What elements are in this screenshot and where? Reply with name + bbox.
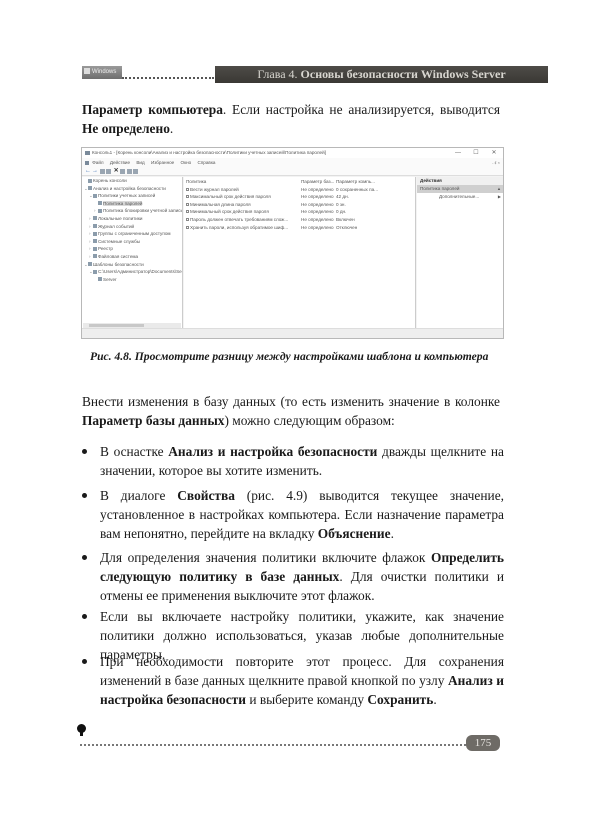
text: . xyxy=(433,692,436,707)
maximize-button[interactable]: ☐ xyxy=(469,148,483,158)
policy-name-text: Вести журнал паролей xyxy=(190,187,239,192)
tree-node[interactable]: ›Файловая система xyxy=(82,253,182,261)
tree-node-label: Журнал событий xyxy=(98,224,134,229)
tree-node[interactable]: ›Локальные политики xyxy=(82,215,182,223)
console-tree-pane: Корень консоли⌄Анализ и настройка безопа… xyxy=(82,177,183,329)
policy-list-pane: Политика Параметр баз... Параметр компь.… xyxy=(184,177,416,329)
text: При необходимости повторите этот процесс… xyxy=(100,654,504,688)
figure-caption: Рис. 4.8. Просмотрите разницу между наст… xyxy=(90,350,520,363)
page-number: 175 xyxy=(466,735,500,751)
chapter-prefix: Глава 4. xyxy=(257,67,297,81)
menu-help[interactable]: Справка xyxy=(197,160,215,165)
folder-icon xyxy=(93,194,97,198)
window-titlebar: Консоль1 - [Корень консоли\Анализ и наст… xyxy=(82,148,503,158)
policy-name: Пароль должен отвечать требованиям слож.… xyxy=(186,216,298,224)
term-database-parameter: Параметр базы данных xyxy=(82,413,224,428)
tree-node-label: Файловая система xyxy=(98,254,138,259)
bullet-item: Для определения значения политики включи… xyxy=(82,548,504,605)
bullet-item: В оснастке Анализ и настройка безопаснос… xyxy=(82,442,504,480)
computer-setting: 42 дн. xyxy=(336,193,378,201)
bullet-dot xyxy=(82,659,87,664)
folder-icon xyxy=(98,201,102,205)
console-app-icon xyxy=(85,151,90,155)
back-icon[interactable]: ← xyxy=(85,169,91,174)
text: Внести изменения в базу данных (то есть … xyxy=(82,394,500,409)
policy-name: Вести журнал паролей xyxy=(186,186,298,194)
database-setting: Не определено xyxy=(301,201,334,209)
tree-node-label: Server xyxy=(103,277,117,282)
footer-dotted-rule xyxy=(80,744,466,746)
policy-row[interactable]: Максимальный срок действия пароляНе опре… xyxy=(184,193,415,201)
policy-icon xyxy=(186,226,189,229)
computer-setting: Включен xyxy=(336,216,378,224)
column-database-setting[interactable]: Параметр баз... xyxy=(301,178,334,186)
database-setting: Не определено xyxy=(301,224,334,232)
database-setting: Не определено xyxy=(301,186,334,194)
policy-name-text: Хранить пароли, используя обратимое шиф.… xyxy=(190,225,288,230)
tree-node[interactable]: ›Группы с ограниченным доступом xyxy=(82,230,182,238)
tree-node-label: Политики учетных записей xyxy=(98,193,155,198)
tree-node-label: Политика блокировки учетной записи xyxy=(103,208,182,213)
tree-node[interactable]: Политика паролей xyxy=(82,200,182,208)
menu-bar: Файл Действие Вид Избранное Окно Справка xyxy=(82,158,503,167)
bullet-dot xyxy=(82,493,87,498)
tree-node-label: Корень консоли xyxy=(93,178,127,183)
column-computer-setting[interactable]: Параметр компь... xyxy=(336,178,378,186)
term-computer-parameter: Параметр компьютера xyxy=(82,102,223,117)
folder-icon xyxy=(98,209,102,213)
computer-setting: 0 зн. xyxy=(336,201,378,209)
folder-icon xyxy=(93,232,97,236)
bullet-text: При необходимости повторите этот процесс… xyxy=(100,652,504,709)
tree-node[interactable]: Корень консоли xyxy=(82,177,182,185)
term-not-defined: Не определено xyxy=(82,121,170,136)
up-icon[interactable] xyxy=(100,169,105,174)
actions-more-label: Дополнительные... xyxy=(439,194,479,199)
tree-node[interactable]: ⌄Анализ и настройка безопасности xyxy=(82,185,182,193)
bullet-item: В диалоге Свойства (рис. 4.9) выводится … xyxy=(82,486,504,543)
tree-node-label: Системные службы xyxy=(98,239,140,244)
policy-icon xyxy=(186,203,189,206)
text: . Если настройка не анализируется, вывод… xyxy=(223,102,500,117)
policy-name: Хранить пароли, используя обратимое шиф.… xyxy=(186,224,298,232)
tree-node-label: Группы с ограниченным доступом xyxy=(98,231,171,236)
bullet-dot xyxy=(82,555,87,560)
collapse-icon[interactable]: ▲ xyxy=(497,185,501,193)
computer-setting: 0 дн. xyxy=(336,208,378,216)
properties-icon[interactable] xyxy=(133,169,138,174)
actions-pane: Действия Политика паролей ▲ Дополнительн… xyxy=(417,177,504,329)
menu-action[interactable]: Действие xyxy=(110,160,130,165)
text: В диалоге xyxy=(100,488,177,503)
delete-icon[interactable]: ✕ xyxy=(114,169,119,174)
bullet-item: При необходимости повторите этот процесс… xyxy=(82,652,504,709)
bold-term: Сохранить xyxy=(367,692,433,707)
database-setting: Не определено xyxy=(301,216,334,224)
header-dotted-rule xyxy=(122,77,214,79)
bullet-text: В диалоге Свойства (рис. 4.9) выводится … xyxy=(100,486,504,543)
windows-logo-icon xyxy=(84,68,90,74)
folder-icon xyxy=(98,277,102,281)
tree-node[interactable]: ›Журнал событий xyxy=(82,223,182,231)
tree-node[interactable]: ›Политика блокировки учетной записи xyxy=(82,207,182,215)
folder-icon xyxy=(93,224,97,228)
policy-name: Минимальная длина пароля xyxy=(186,201,298,209)
policy-row[interactable]: Вести журнал паролейНе определено0 сохра… xyxy=(184,186,415,194)
actions-group-password-policy[interactable]: Политика паролей ▲ xyxy=(417,185,504,193)
tree-node-label: Шаблоны безопасности xyxy=(93,262,144,267)
windows-logo-badge: Windows xyxy=(82,66,122,79)
mdi-window-controls[interactable]: - ♯ × xyxy=(492,158,500,167)
bold-term: Свойства xyxy=(177,488,235,503)
tree-node[interactable]: ›Реестр xyxy=(82,245,182,253)
instructions-intro: Внести изменения в базу данных (то есть … xyxy=(82,392,500,430)
tree-node[interactable]: ⌄C:\Users\Администратор\Documents\Securi… xyxy=(82,268,182,276)
policy-name: Минимальный срок действия пароля xyxy=(186,208,298,216)
tree-node-label: Локальные политики xyxy=(98,216,142,221)
text: и выберите команду xyxy=(246,692,367,707)
bold-term: Анализ и настройка безопасности xyxy=(168,444,377,459)
policy-name-text: Максимальный срок действия пароля xyxy=(190,194,271,199)
menu-view[interactable]: Вид xyxy=(136,160,144,165)
policy-row[interactable]: Минимальная длина пароляНе определено0 з… xyxy=(184,201,415,209)
mmc-console-window: Консоль1 - [Корень консоли\Анализ и наст… xyxy=(81,147,504,339)
folder-icon xyxy=(88,262,92,266)
policy-name-text: Минимальный срок действия пароля xyxy=(190,209,269,214)
database-setting: Не определено xyxy=(301,208,334,216)
list-header: Политика Параметр баз... Параметр компь.… xyxy=(184,178,415,186)
folder-icon xyxy=(88,179,92,183)
scrollbar-thumb[interactable] xyxy=(89,324,144,327)
text: ) можно следующим образом: xyxy=(224,413,394,428)
footer-ornament xyxy=(77,724,86,733)
bold-term: Объяснение xyxy=(318,526,391,541)
folder-icon xyxy=(88,186,92,190)
column-policy[interactable]: Политика xyxy=(186,178,298,186)
tree-node-label: Анализ и настройка безопасности xyxy=(93,186,166,191)
chapter-title: Основы безопасности Windows Server xyxy=(301,67,506,81)
actions-more-button[interactable]: Дополнительные... ▶ xyxy=(417,193,504,201)
status-bar xyxy=(82,328,503,338)
logo-label: Windows xyxy=(92,69,116,75)
policy-name-text: Пароль должен отвечать требованиям слож.… xyxy=(190,217,288,222)
policy-row[interactable]: Хранить пароли, используя обратимое шиф.… xyxy=(184,224,415,232)
submenu-arrow-icon: ▶ xyxy=(498,193,501,201)
show-tree-icon[interactable] xyxy=(106,169,111,174)
minimize-button[interactable]: — xyxy=(451,148,465,158)
policy-icon xyxy=(186,195,189,198)
policy-icon xyxy=(186,188,189,191)
close-button[interactable]: ✕ xyxy=(487,148,501,158)
bullet-text: В оснастке Анализ и настройка безопаснос… xyxy=(100,442,504,480)
chapter-header: Глава 4. Основы безопасности Windows Ser… xyxy=(215,66,548,83)
actions-header: Действия xyxy=(417,177,504,185)
tree-node[interactable]: ⌄Шаблоны безопасности xyxy=(82,261,182,269)
toolbar: ←→ ✕ xyxy=(82,167,503,176)
policy-name: Максимальный срок действия пароля xyxy=(186,193,298,201)
tree-node[interactable]: ›Системные службы xyxy=(82,238,182,246)
text: В оснастке xyxy=(100,444,168,459)
folder-icon xyxy=(93,247,97,251)
bullet-dot xyxy=(82,449,87,454)
text: . xyxy=(391,526,394,541)
policy-icon xyxy=(186,210,189,213)
window-title: Консоль1 - [Корень консоли\Анализ и наст… xyxy=(92,150,326,155)
folder-icon xyxy=(93,216,97,220)
folder-icon xyxy=(93,270,97,274)
tree-node[interactable]: ⌄Политики учетных записей xyxy=(82,192,182,200)
forward-icon[interactable]: → xyxy=(92,169,98,174)
refresh-icon[interactable] xyxy=(120,169,125,174)
menu-file[interactable]: Файл xyxy=(92,160,103,165)
text: Для определения значения политики включи… xyxy=(100,550,431,565)
policy-name-text: Минимальная длина пароля xyxy=(190,202,251,207)
menu-window[interactable]: Окно xyxy=(181,160,192,165)
policy-icon xyxy=(186,218,189,221)
tree-node[interactable]: Server xyxy=(82,276,182,284)
text: . xyxy=(170,121,173,136)
menu-favorites[interactable]: Избранное xyxy=(151,160,174,165)
computer-setting: Отключен xyxy=(336,224,378,232)
console-menu-icon[interactable] xyxy=(85,161,89,165)
folder-icon xyxy=(93,239,97,243)
computer-setting: 0 сохраненных па... xyxy=(336,186,378,194)
tree-node-label: Реестр xyxy=(98,246,113,251)
intro-paragraph: Параметр компьютера. Если настройка не а… xyxy=(82,100,500,138)
tree-node-label: C:\Users\Администратор\Documents\Securit… xyxy=(98,269,182,274)
policy-row[interactable]: Минимальный срок действия пароляНе опред… xyxy=(184,208,415,216)
tree-node-label: Политика паролей xyxy=(103,201,142,206)
folder-icon xyxy=(93,254,97,258)
actions-group-label: Политика паролей xyxy=(420,186,459,191)
database-setting: Не определено xyxy=(301,193,334,201)
help-icon[interactable] xyxy=(127,169,132,174)
bullet-dot xyxy=(82,614,87,619)
policy-row[interactable]: Пароль должен отвечать требованиям слож.… xyxy=(184,216,415,224)
bullet-text: Для определения значения политики включи… xyxy=(100,548,504,605)
